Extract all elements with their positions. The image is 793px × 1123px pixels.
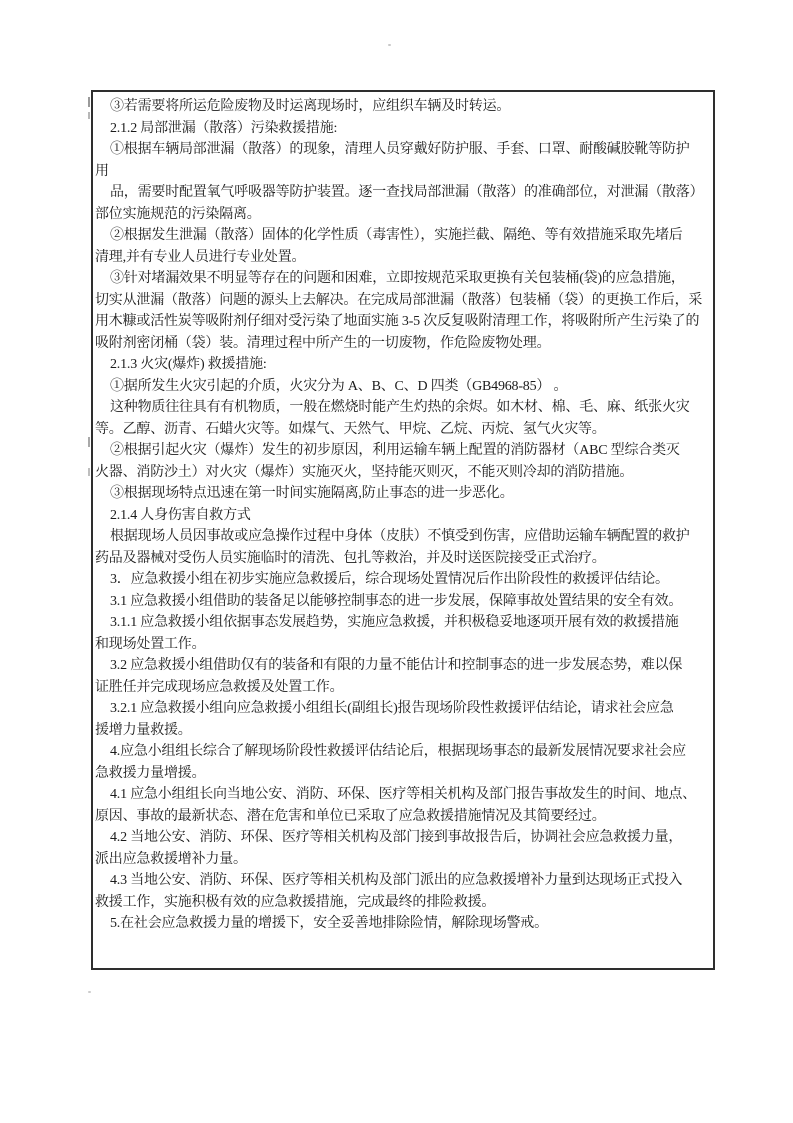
text-line: 救援工作，实施积极有效的应急救援措施，完成最终的排险救援。	[95, 892, 711, 914]
scan-artifact-tick	[88, 468, 90, 476]
scan-artifact-tick	[88, 112, 90, 119]
text-line: 3.2 应急救援小组借助仅有的装备和有限的力量不能估计和控制事态的进一步发展态势…	[95, 655, 711, 677]
text-line: ①根据车辆局部泄漏（散落）的现象，清理人员穿戴好防护服、手套、口罩、耐酸碱胶靴等…	[95, 139, 711, 161]
text-line: 急救援力量增援。	[95, 763, 711, 785]
text-line: ②根据发生泄漏（散落）固体的化学性质（毒害性），实施拦截、隔绝、等有效措施采取先…	[95, 225, 711, 247]
text-line: 4.2 当地公安、消防、环保、医疗等相关机构及部门接到事故报告后，协调社会应急救…	[95, 827, 711, 849]
text-line: ③针对堵漏效果不明显等存在的问题和困难，立即按规范采取更换有关包装桶(袋)的应急…	[95, 268, 711, 290]
text-line: 和现场处置工作。	[95, 634, 711, 656]
scan-artifact-dot	[388, 44, 391, 46]
text-line: ③若需要将所运危险废物及时运离现场时，应组织车辆及时转运。	[95, 96, 711, 118]
text-line: ③根据现场特点迅速在第一时间实施隔离,防止事态的进一步恶化。	[95, 483, 711, 505]
text-line: 这种物质往往具有有机物质，一般在燃烧时能产生灼热的余烬。如木材、棉、毛、麻、纸张…	[95, 397, 711, 419]
text-line: 派出应急救援增补力量。	[95, 849, 711, 871]
scan-artifact-tick	[88, 97, 90, 107]
text-line: 等。乙醇、沥青、石蜡火灾等。如煤气、天然气、甲烷、乙烷、丙烷、氢气火灾等。	[95, 419, 711, 441]
text-line: 3.2.1 应急救援小组向应急救援小组组长(副组长)报告现场阶段性救援评估结论，…	[95, 698, 711, 720]
text-line: 2.1.2 局部泄漏（散落）污染救援措施:	[95, 118, 711, 140]
text-line: 吸附剂密闭桶（袋）装。清理过程中所产生的一切废物，作危险废物处理。	[95, 333, 711, 355]
text-line: 清理,并有专业人员进行专业处置。	[95, 247, 711, 269]
text-line: 2.1.4 人身伤害自救方式	[95, 505, 711, 527]
scan-artifact-tick	[88, 437, 90, 447]
text-line: 品，需要时配置氧气呼吸器等防护装置。逐一查找局部泄漏（散落）的准确部位，对泄漏（…	[95, 182, 711, 204]
text-line: 用	[95, 161, 711, 183]
text-line: 4.3 当地公安、消防、环保、医疗等相关机构及部门派出的应急救援增补力量到达现场…	[95, 870, 711, 892]
text-line: 根据现场人员因事故或应急操作过程中身体（皮肤）不慎受到伤害，应借助运输车辆配置的…	[95, 526, 711, 548]
text-line: 火器、消防沙土）对火灾（爆炸）实施灭火，坚持能灭则灭，不能灭则冷却的消防措施。	[95, 462, 711, 484]
text-line: 切实从泄漏（散落）问题的源头上去解决。在完成局部泄漏（散落）包装桶（袋）的更换工…	[95, 290, 711, 312]
document-border-frame: ③若需要将所运危险废物及时运离现场时，应组织车辆及时转运。2.1.2 局部泄漏（…	[91, 90, 715, 970]
text-line: 原因、事故的最新状态、潜在危害和单位已采取了应急救援措施情况及其简要经过。	[95, 806, 711, 828]
text-line: 4.应急小组组长综合了解现场阶段性救援评估结论后，根据现场事态的最新发展情况要求…	[95, 741, 711, 763]
text-line: 4.1 应急小组组长向当地公安、消防、环保、医疗等相关机构及部门报告事故发生的时…	[95, 784, 711, 806]
scanned-document-page: ③若需要将所运危险废物及时运离现场时，应组织车辆及时转运。2.1.2 局部泄漏（…	[0, 0, 793, 1123]
text-line: 用木糠或活性炭等吸附剂仔细对受污染了地面实施 3-5 次反复吸附清理工作，将吸附…	[95, 311, 711, 333]
text-line: 药品及器械对受伤人员实施临时的清洗、包扎等救治，并及时送医院接受正式治疗。	[95, 548, 711, 570]
text-line: 2.1.3 火灾(爆炸) 救援措施:	[95, 354, 711, 376]
text-line: 5.在社会应急救援力量的增援下，安全妥善地排除险情，解除现场警戒。	[95, 913, 711, 935]
text-line: 3．应急救援小组在初步实施应急救援后，综合现场处置情况后作出阶段性的救援评估结论…	[95, 569, 711, 591]
text-line: ②根据引起火灾（爆炸）发生的初步原因，利用运输车辆上配置的消防器材（ABC 型综…	[95, 440, 711, 462]
text-line: ①据所发生火灾引起的介质，火灾分为 A、B、C、D 四类（GB4968-85） …	[95, 376, 711, 398]
document-text-block: ③若需要将所运危险废物及时运离现场时，应组织车辆及时转运。2.1.2 局部泄漏（…	[95, 96, 711, 935]
text-line: 部位实施规范的污染隔离。	[95, 204, 711, 226]
text-line: 3.1 应急救援小组借助的装备足以能够控制事态的进一步发展，保障事故处置结果的安…	[95, 591, 711, 613]
text-line: 援增力量救援。	[95, 720, 711, 742]
text-line: 3.1.1 应急救援小组依据事态发展趋势，实施应急救援，并积极稳妥地逐项开展有效…	[95, 612, 711, 634]
scan-artifact-dot	[88, 991, 91, 993]
text-line: 证胜任并完成现场应急救援及处置工作。	[95, 677, 711, 699]
